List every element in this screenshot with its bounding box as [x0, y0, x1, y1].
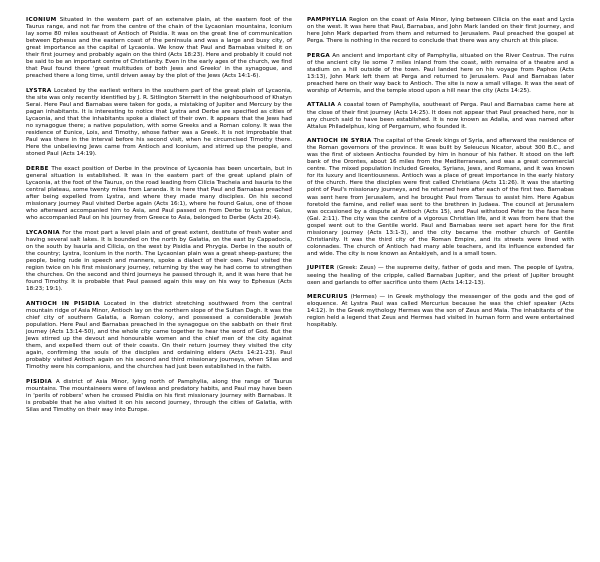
- entry-text: Located by the earliest writers in the s…: [26, 88, 292, 157]
- headword: LYSTRA: [26, 88, 52, 94]
- entry-text: The exact position of Derbe in the provi…: [26, 166, 292, 221]
- entry-lycaonia: LYCAONIA For the most part a level plain…: [26, 230, 292, 293]
- headword: ATTALIA: [307, 102, 335, 108]
- right-column: PAMPHYLIA Region on the coast of Asia Mi…: [307, 17, 574, 337]
- left-column: ICONIUM Situated in the western part of …: [26, 17, 292, 421]
- headword: PERGA: [307, 53, 330, 59]
- entry-pisidia: PISIDIA A district of Asia Minor, lying …: [26, 379, 292, 414]
- entry-text: (Greek: Zeus) — the supreme deity, fathe…: [307, 265, 574, 285]
- headword: LYCAONIA: [26, 230, 60, 236]
- headword: PAMPHYLIA: [307, 17, 347, 23]
- entry-lystra: LYSTRA Located by the earliest writers i…: [26, 88, 292, 158]
- headword: DERBE: [26, 166, 49, 172]
- entry-mercurius: MERCURIUS (Hermes) — in Greek mythology …: [307, 294, 574, 329]
- headword: JUPITER: [307, 265, 335, 271]
- entry-text: An ancient and important city of Pamphyl…: [307, 53, 574, 94]
- entry-text: Situated in the western part of an exten…: [26, 17, 292, 79]
- entry-text: Region on the coast of Asia Minor, lying…: [307, 17, 574, 44]
- entry-text: A coastal town of Pamphylia, southeast o…: [307, 102, 574, 129]
- entry-perga: PERGA An ancient and important city of P…: [307, 53, 574, 95]
- entry-antioch-in-syria: ANTIOCH IN SYRIA The capital of the Gree…: [307, 138, 574, 258]
- headword: ANTIOCH IN PISIDIA: [26, 301, 100, 307]
- headword: ANTIOCH IN SYRIA: [307, 138, 372, 144]
- headword: PISIDIA: [26, 379, 52, 385]
- entry-jupiter: JUPITER (Greek: Zeus) — the supreme deit…: [307, 265, 574, 286]
- entry-antioch-in-pisidia: ANTIOCH IN PISIDIA Located in the distri…: [26, 301, 292, 371]
- entry-text: A district of Asia Minor, lying north of…: [26, 379, 292, 413]
- document-page: ICONIUM Situated in the western part of …: [0, 0, 600, 562]
- headword: MERCURIUS: [307, 294, 348, 300]
- entry-iconium: ICONIUM Situated in the western part of …: [26, 17, 292, 80]
- headword: ICONIUM: [26, 17, 57, 23]
- entry-pamphylia: PAMPHYLIA Region on the coast of Asia Mi…: [307, 17, 574, 45]
- entry-text: Located in the district stretching south…: [26, 301, 292, 370]
- entry-text: The capital of the Greek kings of Syria,…: [307, 138, 574, 257]
- entry-text: For the most part a level plain and of g…: [26, 230, 292, 292]
- entry-text: (Hermes) — in Greek mythology the messen…: [307, 294, 574, 328]
- entry-derbe: DERBE The exact position of Derbe in the…: [26, 166, 292, 222]
- entry-attalia: ATTALIA A coastal town of Pamphylia, sou…: [307, 102, 574, 130]
